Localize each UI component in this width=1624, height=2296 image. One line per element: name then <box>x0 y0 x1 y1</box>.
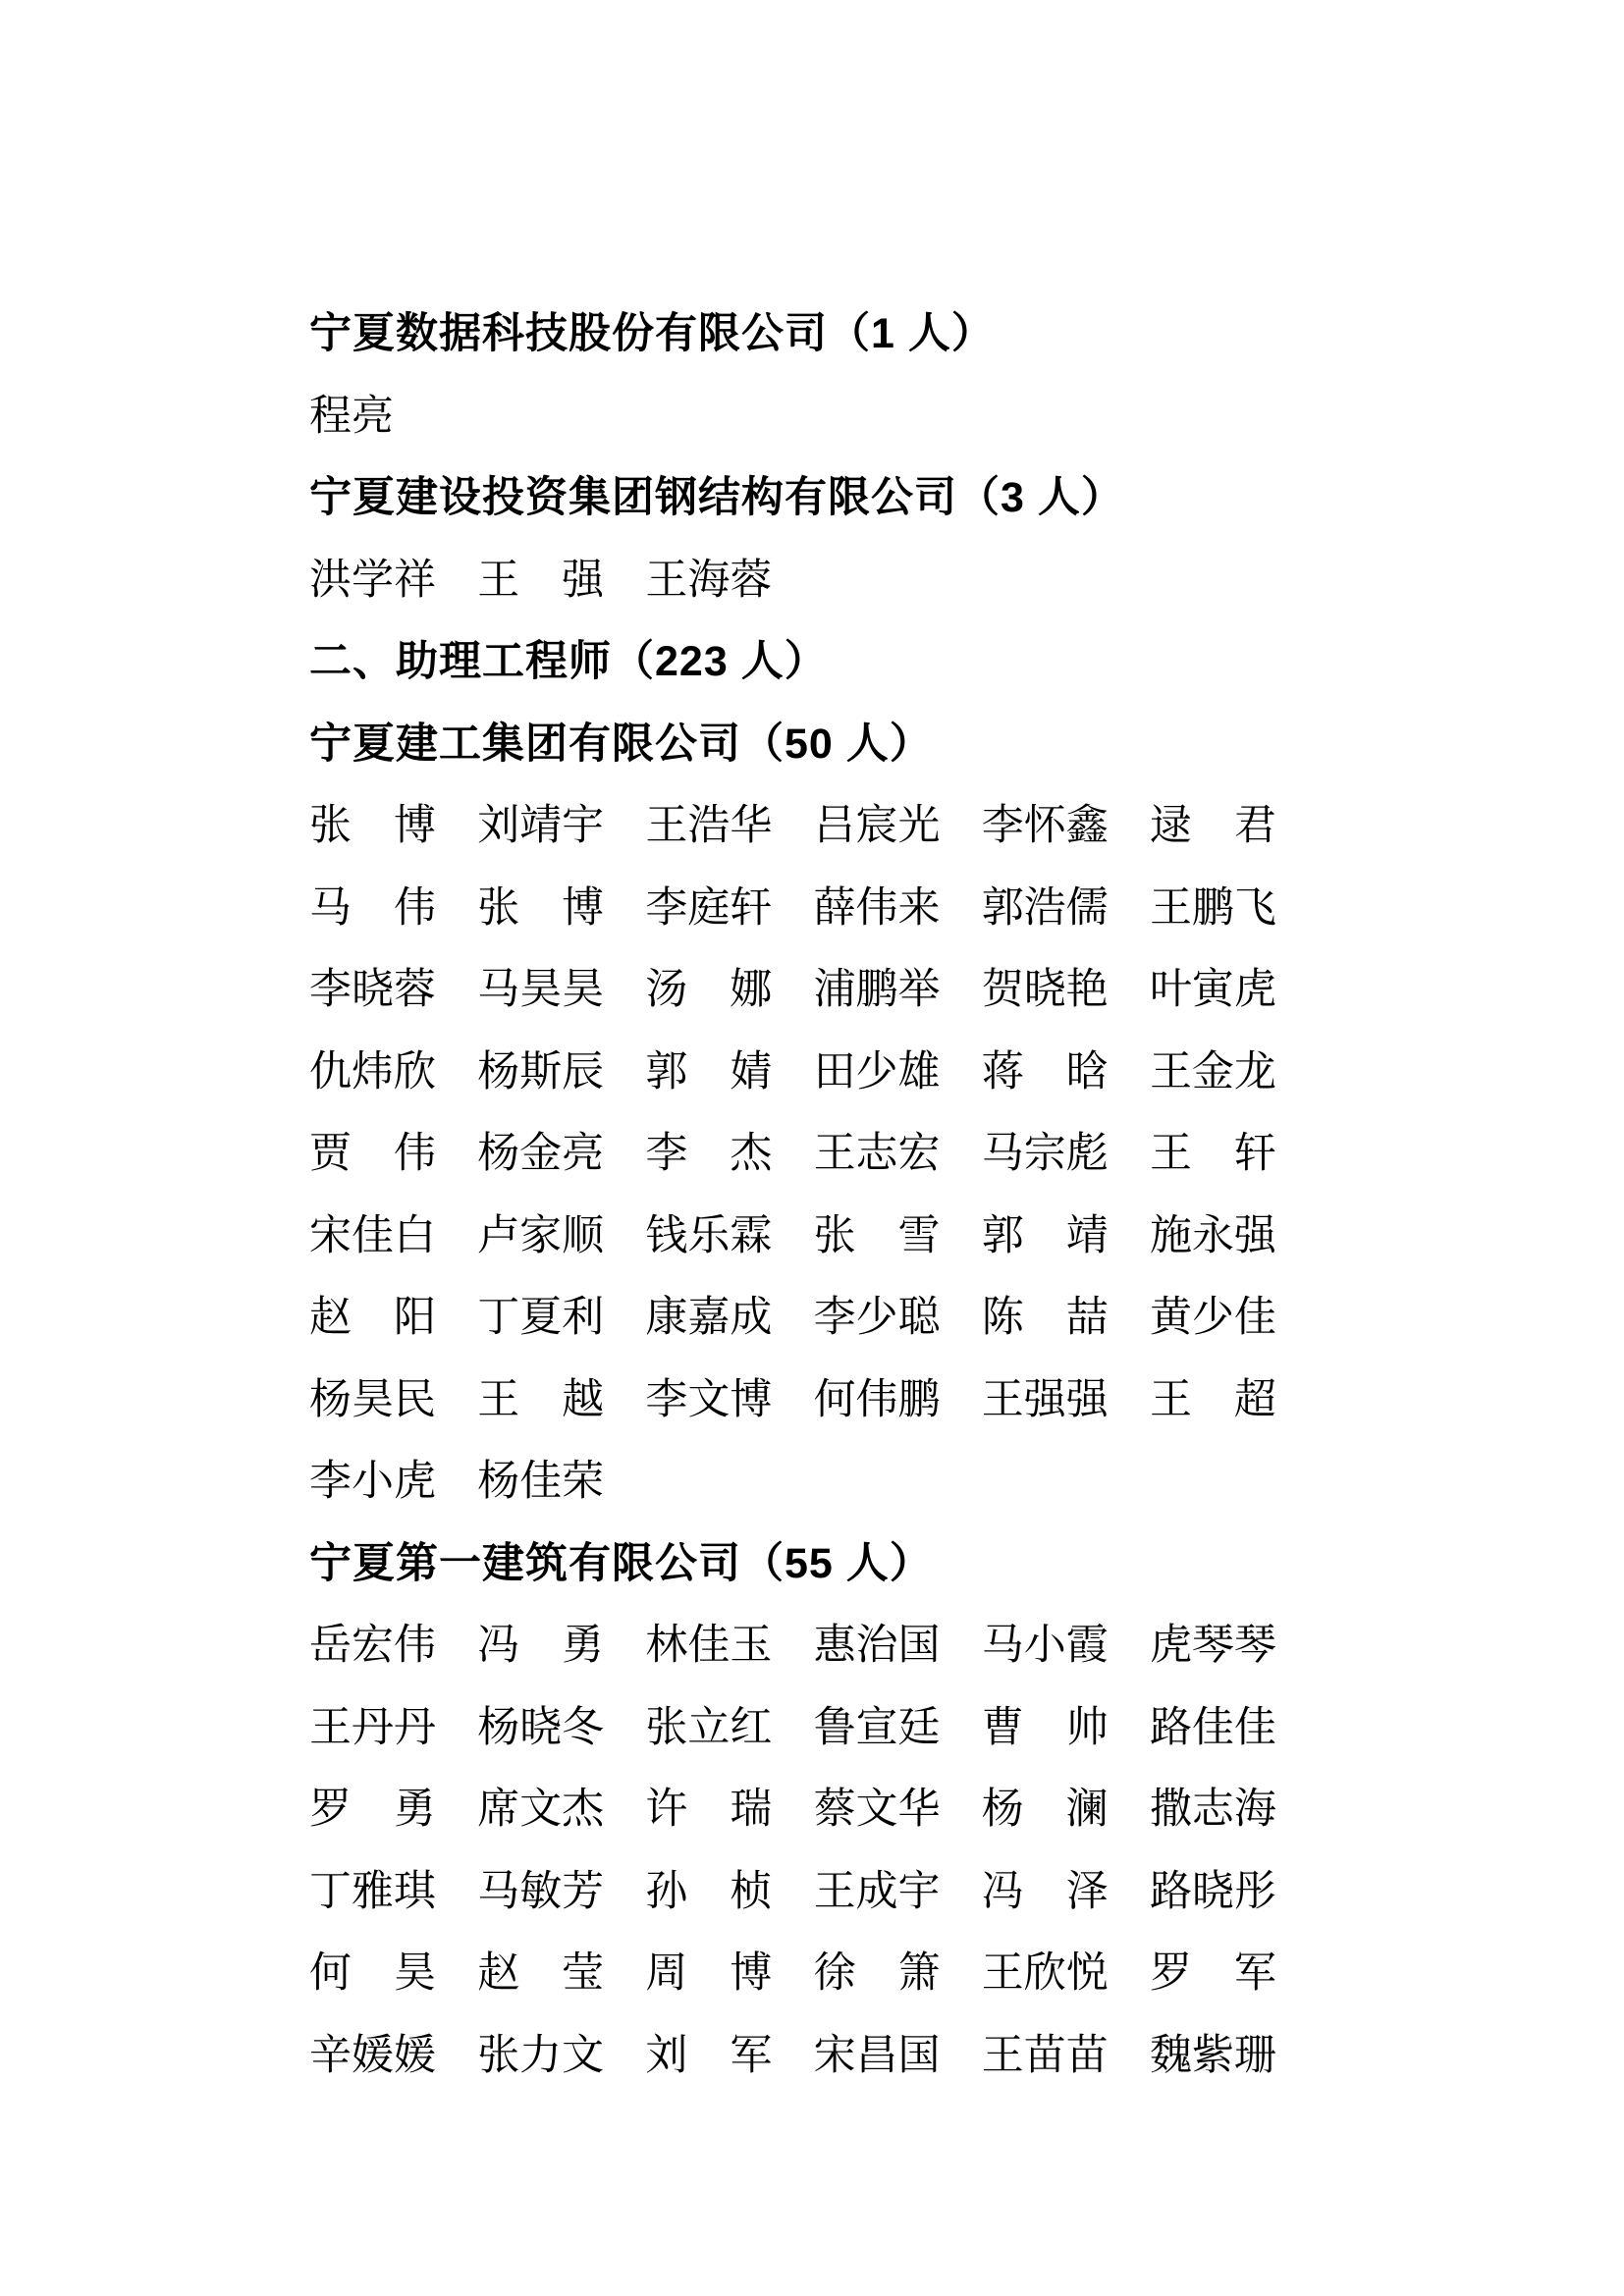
person-name: 杨金亮 <box>477 1113 604 1196</box>
person-name: 蒋 晗 <box>982 1032 1109 1114</box>
person-name: 贾 伟 <box>309 1113 436 1196</box>
person-name: 王 强 <box>477 540 604 622</box>
person-name: 蔡文华 <box>814 1769 941 1851</box>
person-name: 丁夏利 <box>477 1277 604 1360</box>
person-name: 路佳佳 <box>1150 1687 1276 1770</box>
person-name: 杨 澜 <box>982 1769 1109 1851</box>
person-name: 赵 阳 <box>309 1277 436 1360</box>
person-name: 李晓蓉 <box>309 949 436 1032</box>
person-name: 王强强 <box>982 1360 1109 1442</box>
person-name: 李少聪 <box>814 1277 941 1360</box>
person-name: 郭浩儒 <box>982 868 1109 950</box>
person-name: 张立红 <box>645 1687 772 1770</box>
person-name: 席文杰 <box>477 1769 604 1851</box>
company-heading: 宁夏建设投资集团钢结构有限公司（3 人） <box>309 457 1276 540</box>
name-row: 李晓蓉 马昊昊 汤 娜 浦鹏举 贺晓艳 叶寅虎 <box>309 949 1276 1032</box>
company-heading: 宁夏第一建筑有限公司（55 人） <box>309 1523 1276 1606</box>
person-name: 黄少佳 <box>1150 1277 1276 1360</box>
person-name: 宋昌国 <box>814 2015 941 2098</box>
person-name: 张 博 <box>309 785 436 868</box>
person-name: 王浩华 <box>645 785 772 868</box>
person-name: 钱乐霖 <box>645 1196 772 1278</box>
person-name: 洪学祥 <box>309 540 436 622</box>
person-name: 张 博 <box>477 868 604 950</box>
person-name: 王海蓉 <box>645 540 772 622</box>
person-name: 王金龙 <box>1150 1032 1276 1114</box>
name-row: 岳宏伟 冯 勇 林佳玉 惠治国 马小霞 虎琴琴 <box>309 1605 1276 1687</box>
person-name: 王成宇 <box>814 1851 941 1934</box>
company-heading: 宁夏数据科技股份有限公司（1 人） <box>309 294 1276 376</box>
person-name: 马昊昊 <box>477 949 604 1032</box>
person-name: 卢家顺 <box>477 1196 604 1278</box>
person-name: 吕宸光 <box>814 785 941 868</box>
name-row: 罗 勇 席文杰 许 瑞 蔡文华 杨 澜 撒志海 <box>309 1769 1276 1851</box>
person-name: 郭 婧 <box>645 1032 772 1114</box>
person-name: 赵 莹 <box>477 1933 604 2015</box>
name-row: 马 伟 张 博 李庭轩 薛伟来 郭浩儒 王鹏飞 <box>309 868 1276 950</box>
person-name: 许 瑞 <box>645 1769 772 1851</box>
person-name: 杨晓冬 <box>477 1687 604 1770</box>
person-name: 王 越 <box>477 1360 604 1442</box>
person-name: 施永强 <box>1150 1196 1276 1278</box>
person-name: 杨佳荣 <box>477 1441 604 1523</box>
person-name: 徐 箫 <box>814 1933 941 2015</box>
person-name: 逯 君 <box>1150 785 1276 868</box>
person-name: 程亮 <box>309 376 436 458</box>
person-name: 马敏芳 <box>477 1851 604 1934</box>
person-name: 鲁宣廷 <box>814 1687 941 1770</box>
name-row: 辛媛媛 张力文 刘 军 宋昌国 王苗苗 魏紫珊 <box>309 2015 1276 2098</box>
person-name: 虎琴琴 <box>1150 1605 1276 1687</box>
person-name: 撒志海 <box>1150 1769 1276 1851</box>
person-name: 刘靖宇 <box>477 785 604 868</box>
person-name: 李小虎 <box>309 1441 436 1523</box>
name-row: 仇炜欣 杨斯辰 郭 婧 田少雄 蒋 晗 王金龙 <box>309 1032 1276 1114</box>
person-name: 马小霞 <box>982 1605 1109 1687</box>
person-name: 马 伟 <box>309 868 436 950</box>
name-row: 张 博 刘靖宇 王浩华 吕宸光 李怀鑫 逯 君 <box>309 785 1276 868</box>
person-name: 魏紫珊 <box>1150 2015 1276 2098</box>
person-name: 薛伟来 <box>814 868 941 950</box>
person-name: 丁雅琪 <box>309 1851 436 1934</box>
person-name: 惠治国 <box>814 1605 941 1687</box>
person-name: 叶寅虎 <box>1150 949 1276 1032</box>
person-name: 王志宏 <box>814 1113 941 1196</box>
person-name: 何伟鹏 <box>814 1360 941 1442</box>
person-name: 田少雄 <box>814 1032 941 1114</box>
company-heading: 宁夏建工集团有限公司（50 人） <box>309 704 1276 786</box>
person-name: 刘 军 <box>645 2015 772 2098</box>
person-name: 王欣悦 <box>982 1933 1109 2015</box>
person-name: 罗 勇 <box>309 1769 436 1851</box>
person-name: 李庭轩 <box>645 868 772 950</box>
person-name: 宋佳白 <box>309 1196 436 1278</box>
person-name: 杨斯辰 <box>477 1032 604 1114</box>
person-name: 张力文 <box>477 2015 604 2098</box>
section-heading: 二、助理工程师（223 人） <box>309 621 1276 704</box>
document-body: 宁夏数据科技股份有限公司（1 人） 程亮 宁夏建设投资集团钢结构有限公司（3 人… <box>309 294 1276 2097</box>
person-name: 曹 帅 <box>982 1687 1109 1770</box>
person-name: 路晓彤 <box>1150 1851 1276 1934</box>
person-name: 王鹏飞 <box>1150 868 1276 950</box>
name-row: 赵 阳 丁夏利 康嘉成 李少聪 陈 喆 黄少佳 <box>309 1277 1276 1360</box>
person-name: 王丹丹 <box>309 1687 436 1770</box>
person-name: 冯 勇 <box>477 1605 604 1687</box>
person-name: 林佳玉 <box>645 1605 772 1687</box>
person-name: 辛媛媛 <box>309 2015 436 2098</box>
name-row: 洪学祥 王 强 王海蓉 <box>309 540 1276 622</box>
person-name: 王苗苗 <box>982 2015 1109 2098</box>
person-name: 仇炜欣 <box>309 1032 436 1114</box>
person-name: 李文博 <box>645 1360 772 1442</box>
person-name: 何 昊 <box>309 1933 436 2015</box>
person-name: 杨昊民 <box>309 1360 436 1442</box>
person-name: 王 超 <box>1150 1360 1276 1442</box>
person-name: 张 雪 <box>814 1196 941 1278</box>
name-row: 李小虎 杨佳荣 <box>309 1441 1276 1523</box>
person-name: 周 博 <box>645 1933 772 2015</box>
person-name: 李 杰 <box>645 1113 772 1196</box>
person-name: 李怀鑫 <box>982 785 1109 868</box>
person-name: 郭 靖 <box>982 1196 1109 1278</box>
person-name: 浦鹏举 <box>814 949 941 1032</box>
name-row: 丁雅琪 马敏芳 孙 桢 王成宇 冯 泽 路晓彤 <box>309 1851 1276 1934</box>
name-row: 贾 伟 杨金亮 李 杰 王志宏 马宗彪 王 轩 <box>309 1113 1276 1196</box>
name-row: 程亮 <box>309 376 1276 458</box>
name-row: 王丹丹 杨晓冬 张立红 鲁宣廷 曹 帅 路佳佳 <box>309 1687 1276 1770</box>
name-row: 杨昊民 王 越 李文博 何伟鹏 王强强 王 超 <box>309 1360 1276 1442</box>
person-name: 王 轩 <box>1150 1113 1276 1196</box>
person-name: 孙 桢 <box>645 1851 772 1934</box>
person-name: 罗 军 <box>1150 1933 1276 2015</box>
person-name: 汤 娜 <box>645 949 772 1032</box>
document-page: { "colors": { "text": "#000000", "backgr… <box>0 0 1624 2296</box>
person-name: 岳宏伟 <box>309 1605 436 1687</box>
person-name: 马宗彪 <box>982 1113 1109 1196</box>
person-name: 康嘉成 <box>645 1277 772 1360</box>
person-name: 冯 泽 <box>982 1851 1109 1934</box>
person-name: 陈 喆 <box>982 1277 1109 1360</box>
person-name: 贺晓艳 <box>982 949 1109 1032</box>
name-row: 宋佳白 卢家顺 钱乐霖 张 雪 郭 靖 施永强 <box>309 1196 1276 1278</box>
name-row: 何 昊 赵 莹 周 博 徐 箫 王欣悦 罗 军 <box>309 1933 1276 2015</box>
